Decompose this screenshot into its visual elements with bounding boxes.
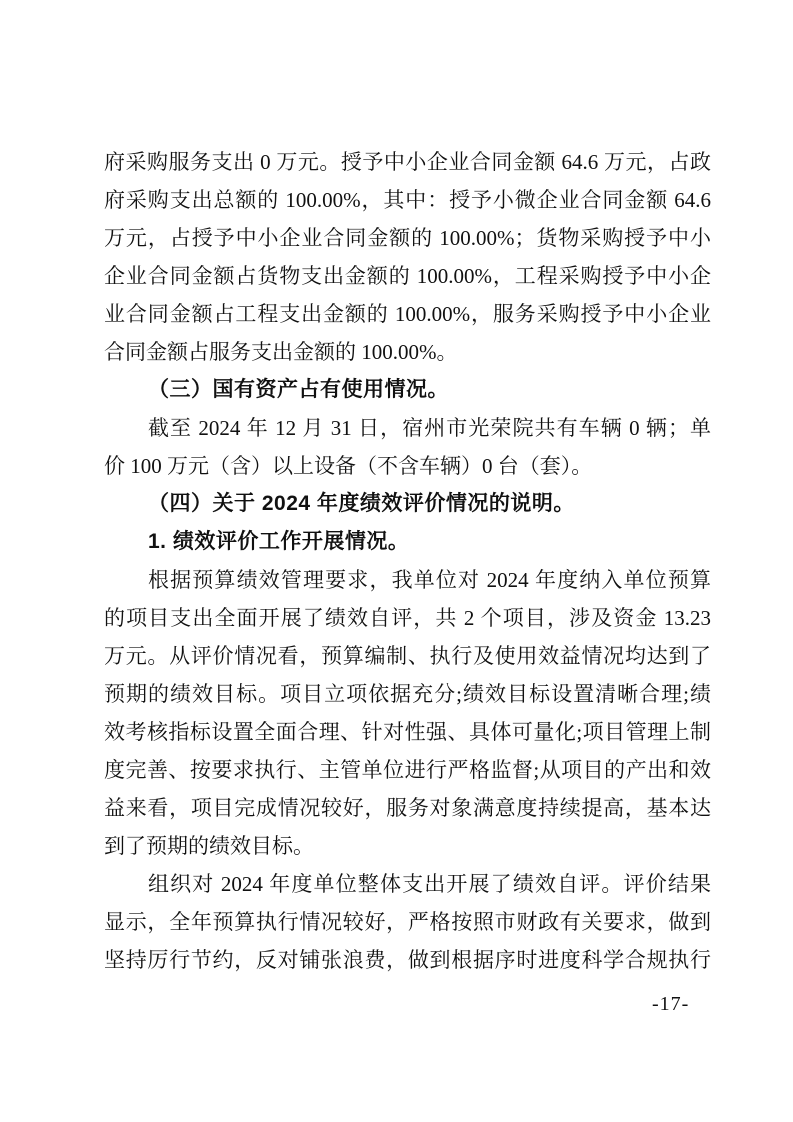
paragraph-project-self-evaluation-line: 的项目支出全面开展了绩效自评，共 2 个项目，涉及资金 13.23: [104, 599, 711, 637]
paragraph-government-procurement-continued-line: 企业合同金额占货物支出金额的 100.00%，工程采购授予中小企: [104, 257, 711, 295]
page-number: -17-: [652, 992, 689, 1016]
paragraph-project-self-evaluation-line: 效考核指标设置全面合理、针对性强、具体可量化;项目管理上制: [104, 713, 711, 751]
paragraph-project-self-evaluation-line: 度完善、按要求执行、主管单位进行严格监督;从项目的产出和效: [104, 751, 711, 789]
paragraph-government-procurement-continued-line: 万元，占授予中小企业合同金额的 100.00%；货物采购授予中小: [104, 219, 711, 257]
heading-section-4-performance-evaluation-line: （四）关于 2024 年度绩效评价情况的说明。: [104, 485, 711, 523]
paragraph-state-assets-line: 截至 2024 年 12 月 31 日，宿州市光荣院共有车辆 0 辆；单: [104, 409, 711, 447]
paragraph-government-procurement-continued-line: 府采购支出总额的 100.00%，其中：授予小微企业合同金额 64.6: [104, 181, 711, 219]
paragraph-state-assets-line: 价 100 万元（含）以上设备（不含车辆）0 台（套）。: [104, 447, 711, 485]
paragraph-overall-expenditure-self-evaluation-line: 显示，全年预算执行情况较好，严格按照市财政有关要求，做到: [104, 903, 711, 941]
paragraph-overall-expenditure-self-evaluation-line: 坚持厉行节约，反对铺张浪费，做到根据序时进度科学合规执行: [104, 941, 711, 979]
paragraph-government-procurement-continued-line: 府采购服务支出 0 万元。授予中小企业合同金额 64.6 万元，占政: [104, 143, 711, 181]
document-body: 府采购服务支出 0 万元。授予中小企业合同金额 64.6 万元，占政府采购支出总…: [104, 143, 711, 979]
paragraph-project-self-evaluation-line: 到了预期的绩效目标。: [104, 827, 711, 865]
paragraph-project-self-evaluation-line: 万元。从评价情况看，预算编制、执行及使用效益情况均达到了: [104, 637, 711, 675]
paragraph-overall-expenditure-self-evaluation-line: 组织对 2024 年度单位整体支出开展了绩效自评。评价结果: [104, 865, 711, 903]
document-page: 府采购服务支出 0 万元。授予中小企业合同金额 64.6 万元，占政府采购支出总…: [0, 0, 793, 1122]
paragraph-project-self-evaluation-line: 益来看，项目完成情况较好，服务对象满意度持续提高，基本达: [104, 789, 711, 827]
paragraph-government-procurement-continued-line: 业合同金额占工程支出金额的 100.00%，服务采购授予中小企业: [104, 295, 711, 333]
heading-sub-1-performance-work-line: 1. 绩效评价工作开展情况。: [104, 523, 711, 561]
paragraph-project-self-evaluation-line: 预期的绩效目标。项目立项依据充分;绩效目标设置清晰合理;绩: [104, 675, 711, 713]
heading-section-3-state-assets-line: （三）国有资产占有使用情况。: [104, 371, 711, 409]
paragraph-project-self-evaluation-line: 根据预算绩效管理要求，我单位对 2024 年度纳入单位预算: [104, 561, 711, 599]
paragraph-government-procurement-continued-line: 合同金额占服务支出金额的 100.00%。: [104, 333, 711, 371]
